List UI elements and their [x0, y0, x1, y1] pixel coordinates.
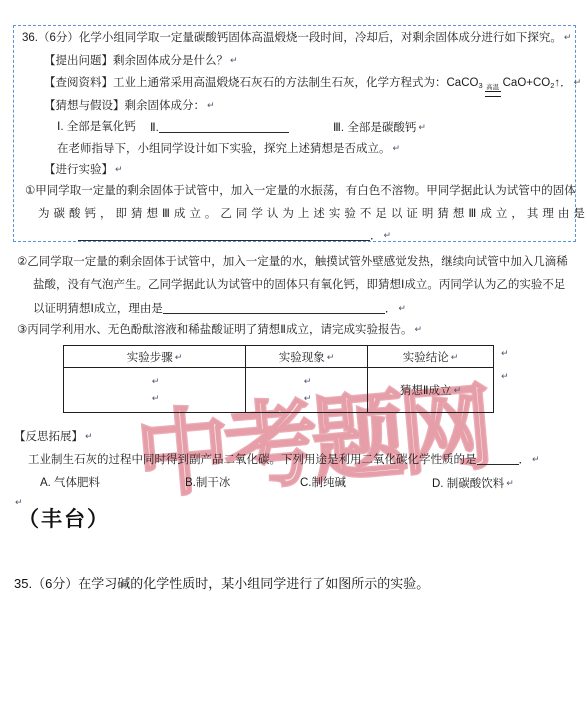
step1-blank-line: ．↵ [78, 228, 391, 243]
experiment-label-line: 【进行实验】↵ [44, 162, 123, 177]
table-body-row: ↵↵ ↵↵ 猜想Ⅱ成立↵ [64, 368, 494, 413]
reflect-label-line: 【反思拓展】↵ [14, 429, 93, 444]
guess-3: Ⅲ. 全部是碳酸钙↵ [333, 120, 426, 135]
equation-period: ． [560, 77, 572, 89]
reference-line: 【查阅资料】工业上通常采用高温煅烧石灰石的方法制生石灰，化学方程式为：CaCO3… [44, 75, 581, 97]
guess-2: Ⅱ. [150, 120, 289, 135]
equation-reactant-subscript: 3 [478, 81, 482, 90]
equation-condition-text: 高温 [486, 84, 499, 91]
reflect-label: 【反思拓展】 [14, 431, 83, 443]
guess-1: Ⅰ. 全部是氧化钙 [57, 120, 136, 134]
step2-line1: ②乙同学取一定量的剩余固体于试管中，加入一定量的水，触摸试管外壁感觉发热，继续向… [17, 255, 568, 269]
teacher-guidance-text: 在老师指导下，小组同学设计如下实验，探究上述猜想是否成立。 [57, 143, 391, 155]
step2-answer-blank [163, 301, 385, 314]
step2-line2-text: 盐酸，没有气泡产生。乙同学据此认为试管中的固体只有氧化钙，即猜想Ⅰ成立。丙同学认… [33, 279, 565, 291]
step1-line1: ①甲同学取一定量的剩余固体于试管中，加入一定量的水振荡，有白色不溶物。甲同学据此… [25, 184, 576, 198]
experiment-label: 【进行实验】 [44, 164, 113, 176]
propose-label: 【提出问题】 [44, 55, 113, 67]
step1-answer-blank [78, 228, 370, 241]
table-cell-conclusion: 猜想Ⅱ成立↵ [368, 368, 494, 413]
question36-intro-text: 36.（6分）化学小组同学取一定量碳酸钙固体高温煅烧一段时间，冷却后，对剩余固体… [22, 32, 562, 44]
step1-blank-period: ． [370, 230, 382, 242]
step2-blank-period: ． [385, 303, 397, 315]
paragraph-mark-icon: ↵ [532, 454, 540, 464]
hypothesis-label: 【猜想与假设】 [44, 100, 125, 112]
hypothesis-line: 【猜想与假设】剩余固体成分：↵ [44, 98, 215, 113]
paragraph-mark-icon: ↵ [85, 431, 93, 441]
reflect-question-text: 工业制生石灰的过程中同时得到副产品二氧化碳。下列用途是利用二氧化碳化学性质的是 [28, 454, 477, 466]
table-cell-steps-empty: ↵↵ [64, 368, 246, 413]
table-cell-phenomena-empty: ↵↵ [246, 368, 368, 413]
exam-document-page: 中考题网 36.（6分）化学小组同学取一定量碳酸钙固体高温煅烧一段时间，冷却后，… [0, 0, 587, 715]
option-b: B.制干冰 [185, 476, 230, 490]
question36-intro-line: 36.（6分）化学小组同学取一定量碳酸钙固体高温煅烧一段时间，冷却后，对剩余固体… [22, 30, 571, 45]
paragraph-mark-icon: ↵ [115, 164, 123, 174]
step3-line: ③丙同学利用水、无色酚酞溶液和稀盐酸证明了猜想Ⅱ成立，请完成实验报告。↵ [17, 322, 422, 337]
option-d-text: D. 制碳酸饮料 [432, 478, 504, 490]
table-header-row: 实验步骤↵ 实验现象↵ 实验结论↵ [64, 346, 494, 368]
step1-line2-text: 为碳酸钙，即猜想Ⅲ成立。乙同学认为上述实验不足以证明猜想Ⅲ成立，其理由是 [38, 208, 587, 220]
option-c: C.制纯碱 [300, 476, 346, 490]
paragraph-mark-icon: ↵ [501, 371, 509, 382]
paragraph-mark-icon: ↵ [501, 348, 509, 359]
question35-line: 35.（6分）在学习碱的化学性质时，某小组同学进行了如图所示的实验。 [14, 573, 429, 592]
chemical-equation: CaCO3高温CaO+CO2↑． [447, 77, 572, 89]
step1-line2: 为碳酸钙，即猜想Ⅲ成立。乙同学认为上述实验不足以证明猜想Ⅲ成立，其理由是 [38, 207, 587, 221]
paragraph-mark-icon: ↵ [152, 393, 160, 404]
step1-line1-text: ①甲同学取一定量的剩余固体于试管中，加入一定量的水振荡，有白色不溶物。甲同学据此… [25, 185, 576, 197]
teacher-guidance-line: 在老师指导下，小组同学设计如下实验，探究上述猜想是否成立。↵ [57, 141, 400, 156]
equation-reactant: CaCO [447, 77, 479, 89]
step2-line3: 以证明猜想Ⅰ成立，理由是．↵ [33, 301, 406, 316]
paragraph-mark-icon: ↵ [414, 324, 422, 334]
reference-text: 工业上通常采用高温煅烧石灰石的方法制生石灰，化学方程式为： [113, 77, 447, 89]
table-header-conclusion: 实验结论↵ [368, 346, 494, 368]
conclusion-text: 猜想Ⅱ成立 [400, 385, 452, 397]
paragraph-mark-icon: ↵ [152, 376, 160, 387]
paragraph-mark-icon: ↵ [574, 77, 582, 87]
table-header-phenomena: 实验现象↵ [246, 346, 368, 368]
equation-condition-arrow: 高温 [485, 84, 501, 97]
paragraph-mark-icon: ↵ [175, 352, 183, 362]
header-phenomena-text: 实验现象 [279, 352, 325, 364]
guess-3-label: Ⅲ. 全部是碳酸钙 [333, 122, 416, 134]
option-d: D. 制碳酸饮料↵ [432, 476, 514, 491]
reference-label: 【查阅资料】 [44, 77, 113, 89]
paragraph-mark-icon: ↵ [564, 32, 572, 42]
paragraph-mark-icon: ↵ [230, 55, 238, 65]
experiment-report-table: 实验步骤↵ 实验现象↵ 实验结论↵ ↵↵ ↵↵ 猜想Ⅱ成立↵ [63, 345, 494, 413]
paragraph-mark-icon: ↵ [398, 303, 406, 313]
paragraph-mark-icon: ↵ [506, 478, 514, 488]
paragraph-mark-icon: ↵ [207, 100, 215, 110]
paragraph-mark-icon: ↵ [384, 230, 392, 240]
step3-text: ③丙同学利用水、无色酚酞溶液和稀盐酸证明了猜想Ⅱ成立，请完成实验报告。 [17, 324, 412, 336]
option-a: A. 气体肥料 [40, 476, 100, 490]
header-steps-text: 实验步骤 [127, 352, 173, 364]
reflect-blank-period: ． [519, 454, 531, 466]
paragraph-mark-icon: ↵ [327, 352, 335, 362]
propose-text: 剩余固体成分是什么？ [113, 55, 228, 67]
step2-line3-text: 以证明猜想Ⅰ成立，理由是 [33, 303, 163, 315]
propose-question-line: 【提出问题】剩余固体成分是什么？↵ [44, 53, 238, 68]
table-header-steps: 实验步骤↵ [64, 346, 246, 368]
paragraph-mark-icon: ↵ [454, 385, 462, 395]
paragraph-mark-icon: ↵ [393, 143, 401, 153]
reflect-answer-blank [477, 452, 519, 465]
guess-2-blank [159, 120, 289, 133]
step2-line2: 盐酸，没有气泡产生。乙同学据此认为试管中的固体只有氧化钙，即猜想Ⅰ成立。丙同学认… [33, 278, 565, 292]
paragraph-mark-icon: ↵ [418, 122, 426, 132]
paragraph-mark-icon: ↵ [451, 352, 459, 362]
paragraph-mark-icon: ↵ [304, 393, 312, 404]
district-heading: （丰台） [18, 503, 110, 533]
equation-product: CaO+CO [503, 77, 551, 89]
guess-2-label: Ⅱ. [150, 122, 159, 134]
paragraph-mark-icon: ↵ [304, 376, 312, 387]
reflect-question-line: 工业制生石灰的过程中同时得到副产品二氧化碳。下列用途是利用二氧化碳化学性质的是．… [28, 452, 540, 467]
equals-bar-icon [485, 91, 501, 97]
step2-line1-text: ②乙同学取一定量的剩余固体于试管中，加入一定量的水，触摸试管外壁感觉发热，继续向… [17, 256, 568, 268]
header-conclusion-text: 实验结论 [403, 352, 449, 364]
hypothesis-text: 剩余固体成分： [125, 100, 206, 112]
